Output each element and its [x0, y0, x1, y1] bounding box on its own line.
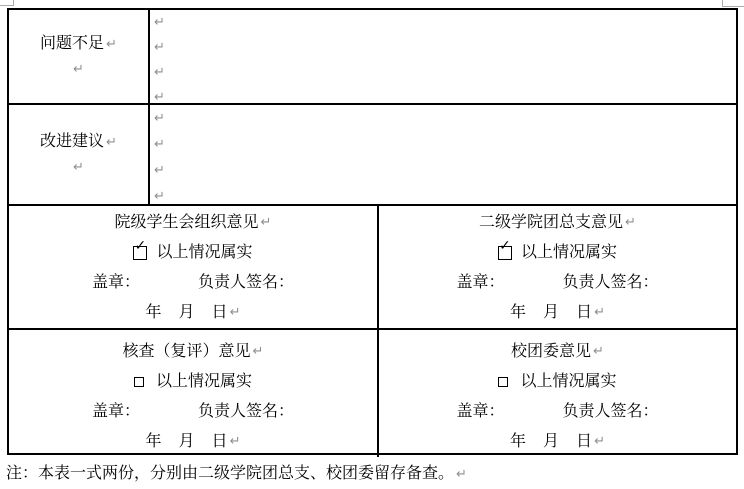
- signer-label: 负责人签名：: [198, 268, 294, 298]
- stamp-label: 盖章：: [456, 268, 504, 298]
- date-month-label: 月: [179, 298, 195, 328]
- date-year-label: 年: [510, 427, 526, 457]
- confirmation-line: ✓ 以上情况属实: [498, 238, 617, 268]
- empty-paragraph-line: ↵: [73, 57, 84, 82]
- footnote-line: 注：本表一式两份，分别由二级学院团总支、校团委留存备查。↵: [6, 463, 467, 486]
- date-line: 年月日↵: [146, 427, 241, 457]
- paragraph-mark-icon: ↵: [154, 40, 165, 55]
- problem-row: 问题不足↵ ↵ ↵ ↵ ↵ ↵: [9, 10, 736, 105]
- date-day-label: 日: [212, 298, 228, 328]
- date-year-label: 年: [146, 298, 162, 328]
- opinion-title: 院级学生会组织意见: [115, 208, 259, 238]
- paragraph-mark-icon: ↵: [106, 135, 117, 150]
- confirmation-statement: 以上情况属实: [156, 367, 252, 397]
- checkbox-checked-icon[interactable]: ✓: [133, 246, 147, 260]
- empty-paragraph-line: ↵: [154, 35, 736, 60]
- paragraph-mark-icon: ↵: [261, 208, 272, 238]
- empty-paragraph-line: ↵: [154, 157, 736, 183]
- stamp-signature-line: 盖章：负责人签名：: [456, 268, 658, 298]
- problem-label: 问题不足: [40, 35, 104, 52]
- opinion-cell-school-league-committee[interactable]: 校团委意见↵ 以上情况属实 盖章：负责人签名： 年月日↵: [379, 330, 736, 457]
- date-day-label: 日: [576, 427, 592, 457]
- date-month-label: 月: [179, 427, 195, 457]
- paragraph-mark-icon: ↵: [594, 427, 605, 457]
- paragraph-mark-icon: ↵: [73, 62, 84, 77]
- confirmation-line: 以上情况属实: [134, 367, 252, 397]
- paragraph-mark-icon: ↵: [594, 298, 605, 328]
- confirmation-statement: 以上情况属实: [521, 238, 617, 268]
- date-day-label: 日: [212, 427, 228, 457]
- paragraph-mark-icon: ↵: [593, 337, 604, 367]
- paragraph-mark-icon: ↵: [73, 160, 84, 175]
- suggestion-label-line: 改进建议↵: [40, 130, 117, 155]
- signer-label: 负责人签名：: [563, 397, 659, 427]
- date-line: 年月日↵: [510, 427, 605, 457]
- opinion-title: 二级学院团总支意见: [479, 208, 623, 238]
- paragraph-mark-icon: ↵: [625, 208, 636, 238]
- opinion-cell-review[interactable]: 核查（复评）意见↵ 以上情况属实 盖章：负责人签名： 年月日↵: [9, 330, 379, 457]
- stamp-signature-line: 盖章：负责人签名：: [456, 397, 658, 427]
- opinion-cell-college-league-branch[interactable]: 二级学院团总支意见↵ ✓ 以上情况属实 盖章：负责人签名： 年月日↵: [379, 206, 736, 328]
- stamp-label: 盖章：: [456, 397, 504, 427]
- paragraph-mark-icon: ↵: [154, 163, 165, 178]
- checkbox-checked-icon[interactable]: ✓: [498, 246, 512, 260]
- paragraph-mark-icon: ↵: [154, 90, 165, 105]
- opinion-title-line: 核查（复评）意见↵: [123, 337, 264, 367]
- paragraph-mark-icon: ↵: [230, 427, 241, 457]
- text-boundary-mark-top-right-icon: [722, 0, 744, 7]
- empty-paragraph-line: ↵: [73, 155, 84, 180]
- signer-label: 负责人签名：: [563, 268, 659, 298]
- opinion-title: 校团委意见: [511, 337, 591, 367]
- suggestion-content-cell[interactable]: ↵ ↵ ↵ ↵: [150, 105, 736, 204]
- paragraph-mark-icon: ↵: [230, 298, 241, 328]
- problem-content-cell[interactable]: ↵ ↵ ↵ ↵: [150, 10, 736, 103]
- paragraph-mark-icon: ↵: [253, 337, 264, 367]
- paragraph-mark-icon: ↵: [456, 467, 467, 482]
- opinion-title-line: 校团委意见↵: [511, 337, 604, 367]
- suggestion-row: 改进建议↵ ↵ ↵ ↵ ↵ ↵: [9, 105, 736, 206]
- paragraph-mark-icon: ↵: [106, 37, 117, 52]
- signer-label: 负责人签名：: [198, 397, 294, 427]
- empty-paragraph-line: ↵: [154, 105, 736, 131]
- stamp-signature-line: 盖章：负责人签名：: [92, 397, 294, 427]
- paragraph-mark-icon: ↵: [154, 65, 165, 80]
- empty-paragraph-line: ↵: [154, 131, 736, 157]
- confirmation-statement: 以上情况属实: [520, 367, 616, 397]
- paragraph-mark-icon: ↵: [154, 189, 165, 204]
- problem-label-line: 问题不足↵: [40, 32, 117, 57]
- opinion-title-line: 院级学生会组织意见↵: [115, 208, 272, 238]
- date-year-label: 年: [146, 427, 162, 457]
- check-mark-icon: ✓: [499, 239, 511, 253]
- text-boundary-mark-top-left-icon: [0, 0, 14, 6]
- checkbox-unchecked-icon[interactable]: [498, 377, 508, 387]
- paragraph-mark-icon: ↵: [154, 137, 165, 152]
- date-month-label: 月: [543, 298, 559, 328]
- opinion-title-line: 二级学院团总支意见↵: [479, 208, 636, 238]
- suggestion-label-cell[interactable]: 改进建议↵ ↵: [9, 105, 150, 204]
- date-day-label: 日: [576, 298, 592, 328]
- stamp-signature-line: 盖章：负责人签名：: [92, 268, 294, 298]
- stamp-label: 盖章：: [92, 397, 140, 427]
- problem-label-cell[interactable]: 问题不足↵ ↵: [9, 10, 150, 103]
- stamp-label: 盖章：: [92, 268, 140, 298]
- opinion-cell-college-student-union[interactable]: 院级学生会组织意见↵ ✓ 以上情况属实 盖章：负责人签名： 年月日↵: [9, 206, 379, 328]
- footnote-text: 注：本表一式两份，分别由二级学院团总支、校团委留存备查。: [6, 465, 454, 482]
- confirmation-line: 以上情况属实: [498, 367, 616, 397]
- opinion-row-bottom: 核查（复评）意见↵ 以上情况属实 盖章：负责人签名： 年月日↵ 校团委意见↵: [9, 330, 736, 457]
- opinion-row-top: 院级学生会组织意见↵ ✓ 以上情况属实 盖章：负责人签名： 年月日↵ 二级学院团…: [9, 206, 736, 330]
- date-year-label: 年: [510, 298, 526, 328]
- word-document-page: 问题不足↵ ↵ ↵ ↵ ↵ ↵ 改进建议↵ ↵: [0, 0, 744, 489]
- suggestion-label: 改进建议: [40, 133, 104, 150]
- empty-paragraph-line: ↵: [154, 10, 736, 35]
- confirmation-line: ✓ 以上情况属实: [133, 238, 252, 268]
- empty-paragraph-line: ↵: [154, 60, 736, 85]
- review-form-table: 问题不足↵ ↵ ↵ ↵ ↵ ↵ 改进建议↵ ↵: [7, 8, 738, 455]
- paragraph-mark-icon: ↵: [154, 15, 165, 30]
- checkbox-unchecked-icon[interactable]: [134, 377, 144, 387]
- confirmation-statement: 以上情况属实: [156, 238, 252, 268]
- opinion-title: 核查（复评）意见: [123, 337, 251, 367]
- paragraph-mark-icon: ↵: [154, 111, 165, 126]
- date-month-label: 月: [543, 427, 559, 457]
- date-line: 年月日↵: [146, 298, 241, 328]
- check-mark-icon: ✓: [134, 239, 146, 253]
- date-line: 年月日↵: [510, 298, 605, 328]
